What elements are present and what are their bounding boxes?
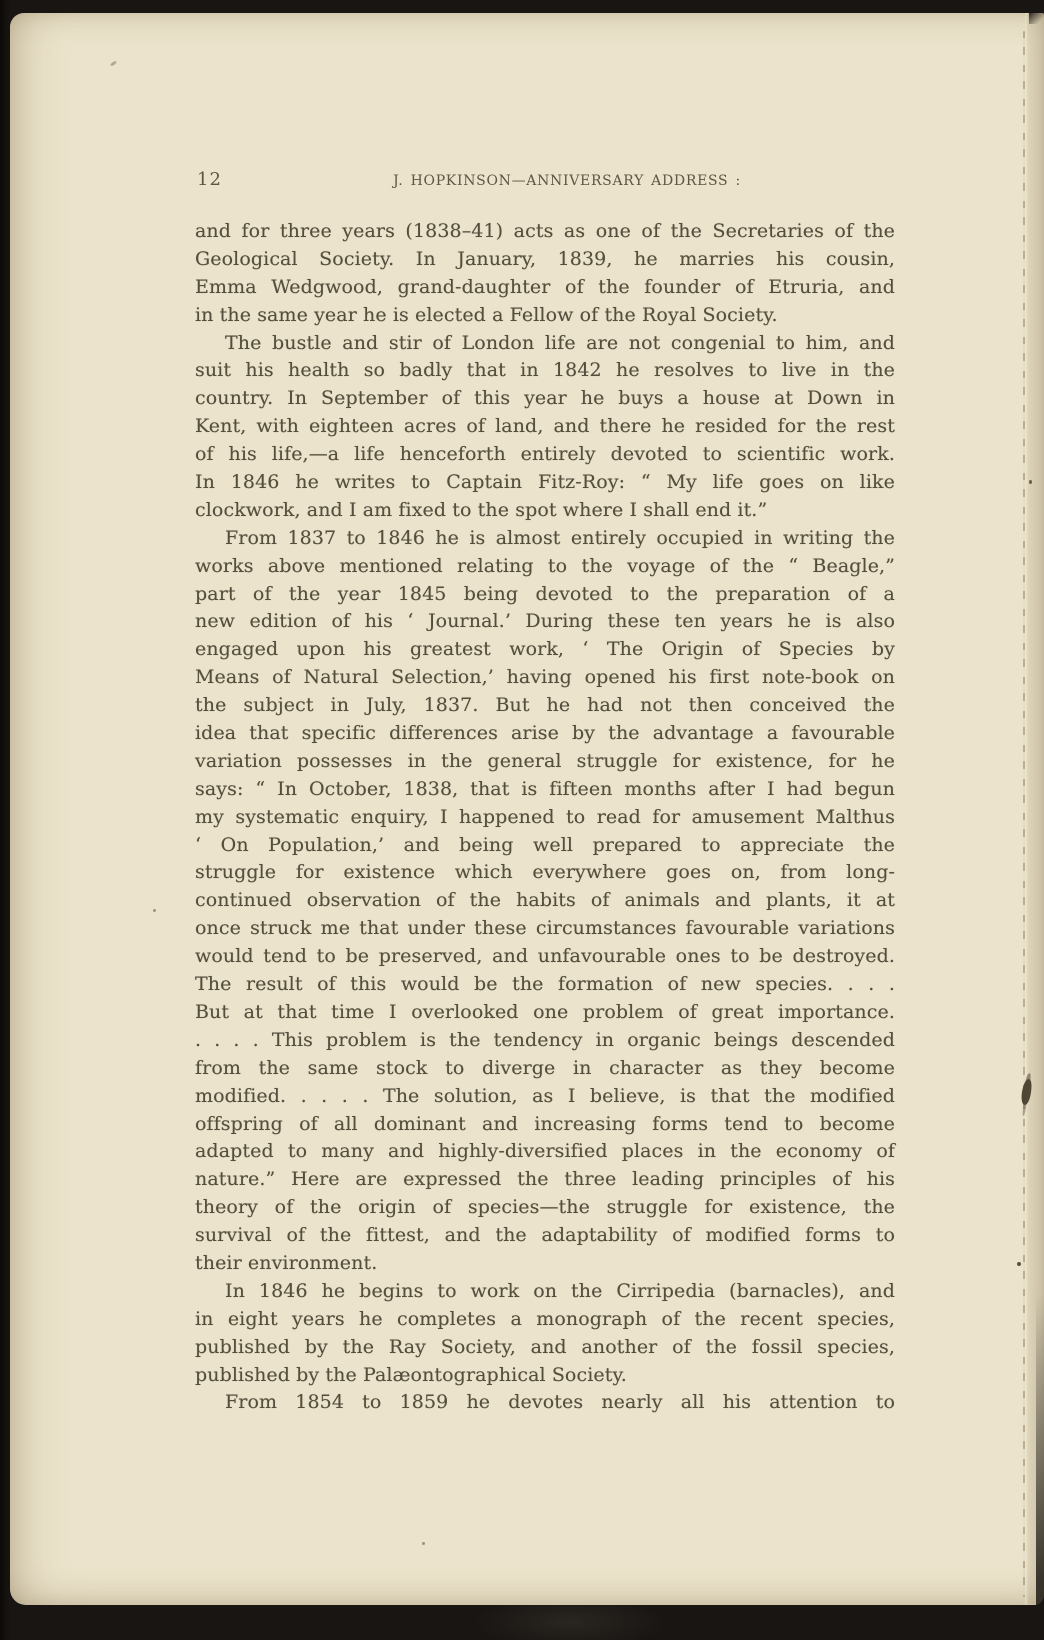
text-line: survival of the fittest, and the adaptab… [195, 1222, 895, 1250]
text-line: Means of Natural Selection,’ having open… [195, 664, 895, 692]
text-line: From 1837 to 1846 he is almost entirely … [195, 525, 895, 553]
paragraph: and for three years (1838–41) acts as on… [195, 218, 895, 330]
paragraph: In 1846 he begins to work on the Cirripe… [195, 1278, 895, 1390]
page-edge-shadow [1036, 1293, 1044, 1605]
text-line: Geological Society. In January, 1839, he… [195, 246, 895, 274]
book-page: 12 J. HOPKINSON—ANNIVERSARY ADDRESS : an… [10, 13, 1044, 1605]
text-line: adapted to many and highly-diversified p… [195, 1138, 895, 1166]
text-line: . . . . This problem is the tendency in … [195, 1027, 895, 1055]
text-line: and for three years (1838–41) acts as on… [195, 218, 895, 246]
scan-background: 12 J. HOPKINSON—ANNIVERSARY ADDRESS : an… [0, 0, 1044, 1640]
text-line: published by the Palæontographical Socie… [195, 1362, 895, 1390]
text-line: modified. . . . . The solution, as I bel… [195, 1083, 895, 1111]
paragraph: From 1854 to 1859 he devotes nearly all … [195, 1389, 895, 1417]
text-line: offspring of all dominant and increasing… [195, 1111, 895, 1139]
text-line: says: “ In October, 1838, that is fiftee… [195, 776, 895, 804]
text-line: country. In September of this year he bu… [195, 385, 895, 413]
text-line: The bustle and stir of London life are n… [195, 330, 895, 358]
text-line: new edition of his ‘ Journal.’ During th… [195, 608, 895, 636]
text-line: my systematic enquiry, I happened to rea… [195, 804, 895, 832]
paragraph: From 1837 to 1846 he is almost entirely … [195, 525, 895, 1278]
text-line: published by the Ray Society, and anothe… [195, 1334, 895, 1362]
corner-shadow [1029, 13, 1044, 24]
paper-speck [110, 60, 117, 66]
text-line: But at that time I overlooked one proble… [195, 999, 895, 1027]
text-line: Kent, with eighteen acres of land, and t… [195, 413, 895, 441]
text-line: In 1846 he writes to Captain Fitz-Roy: “… [195, 469, 895, 497]
text-line: part of the year 1845 being devoted to t… [195, 581, 895, 609]
text-line: Emma Wedgwood, grand-daughter of the fou… [195, 274, 895, 302]
text-line: continued observation of the habits of a… [195, 887, 895, 915]
text-line: from the same stock to diverge in charac… [195, 1055, 895, 1083]
text-line: clockwork, and I am fixed to the spot wh… [195, 497, 895, 525]
paper-speck [1017, 1262, 1021, 1266]
text-line: the subject in July, 1837. But he had no… [195, 692, 895, 720]
text-line: once struck me that under these circumst… [195, 915, 895, 943]
page-number: 12 [197, 169, 222, 190]
text-line: The result of this would be the formatio… [195, 971, 895, 999]
text-line: nature.” Here are expressed the three le… [195, 1166, 895, 1194]
text-line: their environment. [195, 1250, 895, 1278]
text-line: in the same year he is elected a Fellow … [195, 302, 895, 330]
paper-speck [153, 909, 156, 912]
text-line: From 1854 to 1859 he devotes nearly all … [195, 1389, 895, 1417]
text-line: works above mentioned relating to the vo… [195, 553, 895, 581]
paper-speck [1029, 480, 1032, 484]
text-line: in eight years he completes a monograph … [195, 1306, 895, 1334]
text-line: would tend to be preserved, and unfavour… [195, 943, 895, 971]
text-line: of his life,—a life henceforth entirely … [195, 441, 895, 469]
page-header: 12 J. HOPKINSON—ANNIVERSARY ADDRESS : [195, 169, 895, 193]
text-line: theory of the origin of species—the stru… [195, 1194, 895, 1222]
running-title: J. HOPKINSON—ANNIVERSARY ADDRESS : [195, 169, 895, 193]
text-line: variation possesses in the general strug… [195, 748, 895, 776]
text-block: and for three years (1838–41) acts as on… [195, 218, 895, 1417]
text-line: In 1846 he begins to work on the Cirripe… [195, 1278, 895, 1306]
text-line: suit his health so badly that in 1842 he… [195, 357, 895, 385]
paper-speck [422, 1542, 425, 1545]
paragraph: The bustle and stir of London life are n… [195, 330, 895, 525]
text-line: struggle for existence which everywhere … [195, 859, 895, 887]
text-line: ‘ On Population,’ and being well prepare… [195, 832, 895, 860]
text-line: idea that specific differences arise by … [195, 720, 895, 748]
text-line: engaged upon his greatest work, ‘ The Or… [195, 636, 895, 664]
